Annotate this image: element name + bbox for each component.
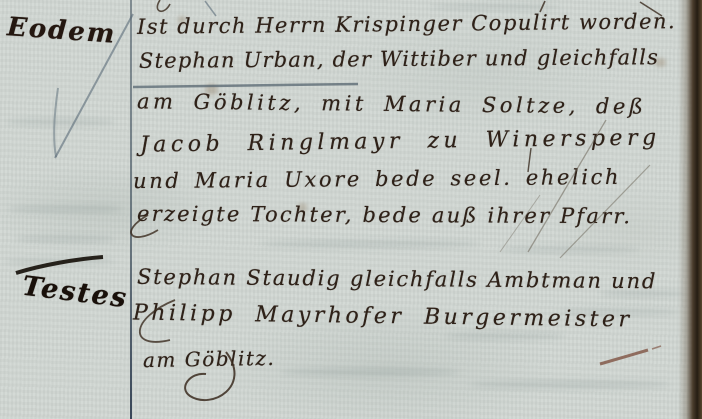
manuscript-line: Stephan Urban, der Wittiber und gleichfa… [139, 45, 659, 73]
top-edge-stroke [157, 0, 170, 11]
manuscript-page: Eodem Testes Ist durch Herrn Krispinger … [0, 0, 702, 419]
show-through-smudge [8, 205, 123, 213]
ink-smear [600, 350, 648, 364]
column-rule [130, 0, 132, 419]
show-through-smudge [5, 118, 115, 126]
manuscript-line: Jacob Ringlmayr zu Winersperg [140, 125, 661, 157]
show-through-smudge [5, 258, 115, 265]
manuscript-line: Stephan Staudig gleichfalls Ambtman und [137, 265, 657, 294]
manuscript-line: Philipp Mayrhofer Burgermeister [133, 301, 633, 333]
show-through-smudge [15, 235, 115, 243]
name-underline [133, 84, 358, 87]
manuscript-line: und Maria Uxore bede seel. ehelich [133, 165, 621, 193]
manuscript-line: am Göblitz, mit Maria Soltze, deß [137, 89, 647, 118]
manuscript-line: am Göblitz. [143, 346, 276, 372]
ink-smear [652, 346, 661, 349]
show-through-smudge [470, 380, 670, 389]
margin-label-testes: Testes [21, 271, 130, 315]
binding-edge [678, 0, 702, 419]
show-through-smudge [500, 246, 640, 253]
show-through-smudge [280, 368, 460, 376]
margin-label-eodem: Eodem [6, 12, 117, 50]
show-through-smudge [430, 4, 560, 10]
show-through-smudge [260, 240, 480, 248]
manuscript-line: Ist durch Herrn Krispinger Copulirt word… [137, 9, 676, 39]
manuscript-line: erzeigte Tochter, bede auß ihrer Pfarr. [137, 202, 632, 229]
show-through-smudge [445, 332, 565, 340]
